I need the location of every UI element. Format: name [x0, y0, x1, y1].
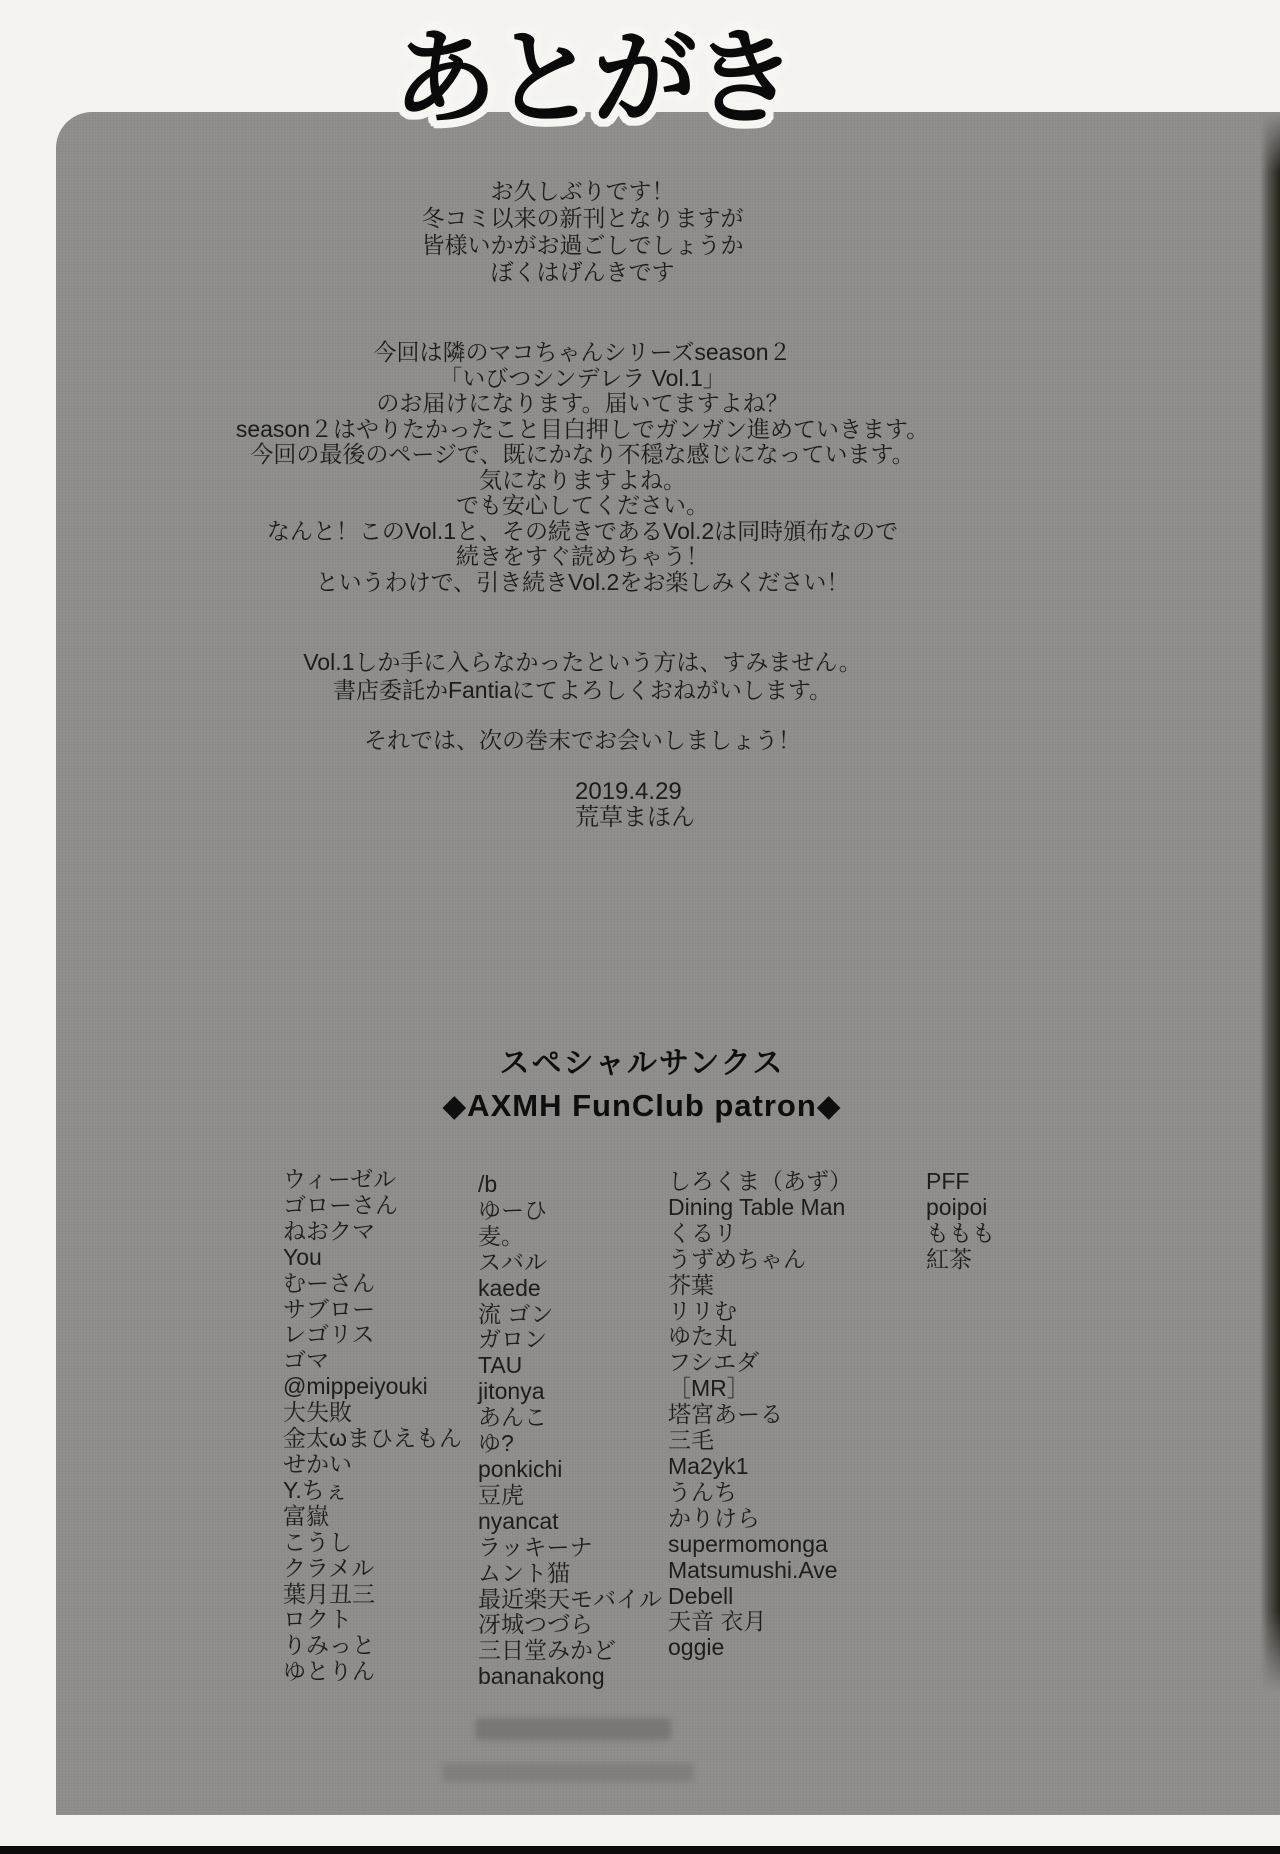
- patron-name: bananakong: [478, 1664, 662, 1690]
- bleedthrough-smudge: [475, 1718, 671, 1740]
- patron-name: ゆーひ: [478, 1198, 662, 1224]
- release-date: 2019.4.29: [575, 779, 695, 805]
- scanned-afterword-page: あとがき お久しぶりです！冬コミ以来の新刊となりますが皆様いかがお過ごしでしょう…: [0, 0, 1280, 1854]
- patron-name: 最近楽天モバイル: [478, 1587, 662, 1613]
- patron-name: ゆた丸: [668, 1324, 852, 1350]
- text-line: 冬コミ以来の新刊となりますが: [15, 205, 1150, 232]
- patron-name: スバル: [478, 1250, 662, 1276]
- afterword-paragraph-farewell: それでは、次の巻末でお会いしましょう！: [15, 726, 1150, 754]
- patron-name: しろくま（あず）: [668, 1169, 852, 1195]
- patron-name: ウィーゼル: [283, 1167, 462, 1193]
- patron-name: supermomonga: [668, 1532, 852, 1558]
- patron-name: こうし: [283, 1530, 462, 1556]
- patron-name: ロクト: [283, 1607, 462, 1633]
- text-line: 「いびつシンデレラ Vol.1」: [15, 366, 1150, 392]
- patron-name: 三日堂みかど: [478, 1638, 662, 1664]
- patron-name: むーさん: [283, 1271, 462, 1297]
- text-line: 今回は隣のマコちゃんシリーズseason２: [15, 340, 1150, 366]
- patron-name: ねおクマ: [283, 1219, 462, 1245]
- patron-name: 流 ゴン: [478, 1302, 662, 1328]
- names-column-2: /bゆーひ麦。スバルkaede流 ゴンガロンTAUjitonyaあんこゆ?pon…: [478, 1172, 662, 1690]
- names-column-3: しろくま（あず）Dining Table Manくるリうずめちゃん芥葉リリむゆた…: [668, 1169, 852, 1661]
- names-column-4: PFFpoipoiももも紅茶: [926, 1169, 995, 1273]
- patron-name: くるリ: [668, 1221, 852, 1247]
- page-title: あとがき: [0, 22, 1186, 136]
- text-line: 今回の最後のページで、既にかなり不穏な感じになっています。: [15, 442, 1150, 468]
- patron-name: りみっと: [283, 1633, 462, 1659]
- patron-name: Debell: [668, 1584, 852, 1610]
- patron-name: 塔宮あーる: [668, 1402, 852, 1428]
- afterword-paragraph-apology: Vol.1しか手に入らなかったという方は、すみません。書店委託かFantiaにて…: [15, 648, 1150, 704]
- patron-name: ゴマ: [283, 1348, 462, 1374]
- text-line: ぼくはげんきです: [15, 259, 1150, 286]
- text-line: それでは、次の巻末でお会いしましょう！: [15, 726, 1150, 754]
- patron-name: かりけら: [668, 1506, 852, 1532]
- patron-name: poipoi: [926, 1195, 995, 1221]
- text-line: 気になりますよね。: [15, 468, 1150, 494]
- patron-name: ゴローさん: [283, 1193, 462, 1219]
- patron-name: 芥葉: [668, 1273, 852, 1299]
- patron-name: 豆虎: [478, 1483, 662, 1509]
- patron-name: サブロー: [283, 1297, 462, 1323]
- patron-name: 紅茶: [926, 1247, 995, 1273]
- patron-name: ガロン: [478, 1327, 662, 1353]
- patron-name: ムント猫: [478, 1561, 662, 1587]
- patron-name: @mippeiyouki: [283, 1374, 462, 1400]
- author-name: 荒草まほん: [575, 805, 695, 831]
- text-line: 続きをすぐ読めちゃう！: [15, 544, 1150, 570]
- patron-name: 大失敗: [283, 1400, 462, 1426]
- patron-name: ゆ?: [478, 1431, 662, 1457]
- patron-name: レゴリス: [283, 1322, 462, 1348]
- patron-name: jitonya: [478, 1379, 662, 1405]
- patron-name: 冴城つづら: [478, 1612, 662, 1638]
- patron-name: PFF: [926, 1169, 995, 1195]
- text-line: というわけで、引き続きVol.2をお楽しみください！: [15, 570, 1150, 596]
- patron-club-subheading: ◆AXMH FunClub patron◆: [60, 1088, 1224, 1124]
- text-line: なんと！このVol.1と、その続きであるVol.2は同時頒布なので: [15, 519, 1150, 545]
- patron-name: ももも: [926, 1221, 995, 1247]
- patron-name: TAU: [478, 1353, 662, 1379]
- patron-name: /b: [478, 1172, 662, 1198]
- patron-name: ラッキーナ: [478, 1535, 662, 1561]
- scan-bottom-strip: [0, 1846, 1280, 1854]
- patron-name: oggie: [668, 1635, 852, 1661]
- patron-name: Ma2yk1: [668, 1454, 852, 1480]
- patron-name: あんこ: [478, 1405, 662, 1431]
- afterword-paragraph-main: 今回は隣のマコちゃんシリーズseason２「いびつシンデレラ Vol.1」のお届…: [15, 340, 1150, 595]
- patron-name: You: [283, 1245, 462, 1271]
- patron-name: 三毛: [668, 1428, 852, 1454]
- text-line: 皆様いかがお過ごしでしょうか: [15, 232, 1150, 259]
- text-line: お久しぶりです！: [15, 178, 1150, 205]
- bleedthrough-smudge: [442, 1763, 694, 1782]
- patron-name: せかい: [283, 1452, 462, 1478]
- patron-name: 天音 衣月: [668, 1609, 852, 1635]
- patron-name: クラメル: [283, 1556, 462, 1582]
- patron-name: 金太ωまひえもん: [283, 1426, 462, 1452]
- text-line: 書店委託かFantiaにてよろしくおねがいします。: [15, 676, 1150, 704]
- patron-name: 葉月丑三: [283, 1582, 462, 1608]
- patron-name: 麦。: [478, 1224, 662, 1250]
- text-line: でも安心してください。: [15, 493, 1150, 519]
- text-line: のお届けになります。届いてますよね？: [15, 391, 1150, 417]
- patron-name: Y.ちぇ: [283, 1478, 462, 1504]
- patron-name: nyancat: [478, 1509, 662, 1535]
- patron-name: ゆとりん: [283, 1659, 462, 1685]
- patron-name: リリむ: [668, 1299, 852, 1325]
- text-line: Vol.1しか手に入らなかったという方は、すみません。: [15, 648, 1150, 676]
- names-column-1: ウィーゼルゴローさんねおクマYouむーさんサブローレゴリスゴマ@mippeiyo…: [283, 1167, 462, 1685]
- patron-name: ponkichi: [478, 1457, 662, 1483]
- patron-name: Dining Table Man: [668, 1195, 852, 1221]
- patron-name: ［MR］: [668, 1376, 852, 1402]
- date-author-block: 2019.4.29 荒草まほん: [575, 779, 695, 831]
- afterword-paragraph-greeting: お久しぶりです！冬コミ以来の新刊となりますが皆様いかがお過ごしでしょうかぼくはげ…: [15, 178, 1150, 286]
- patron-name: フシエダ: [668, 1350, 852, 1376]
- patron-name: Matsumushi.Ave: [668, 1558, 852, 1584]
- special-thanks-heading: スペシャルサンクス: [60, 1038, 1224, 1082]
- text-line: season２はやりたかったこと目白押しでガンガン進めていきます。: [15, 417, 1150, 443]
- scan-edge-shadow: [1260, 112, 1280, 1692]
- patron-name: うんち: [668, 1480, 852, 1506]
- patron-name: 富嶽: [283, 1504, 462, 1530]
- patron-name: kaede: [478, 1276, 662, 1302]
- patron-name: うずめちゃん: [668, 1247, 852, 1273]
